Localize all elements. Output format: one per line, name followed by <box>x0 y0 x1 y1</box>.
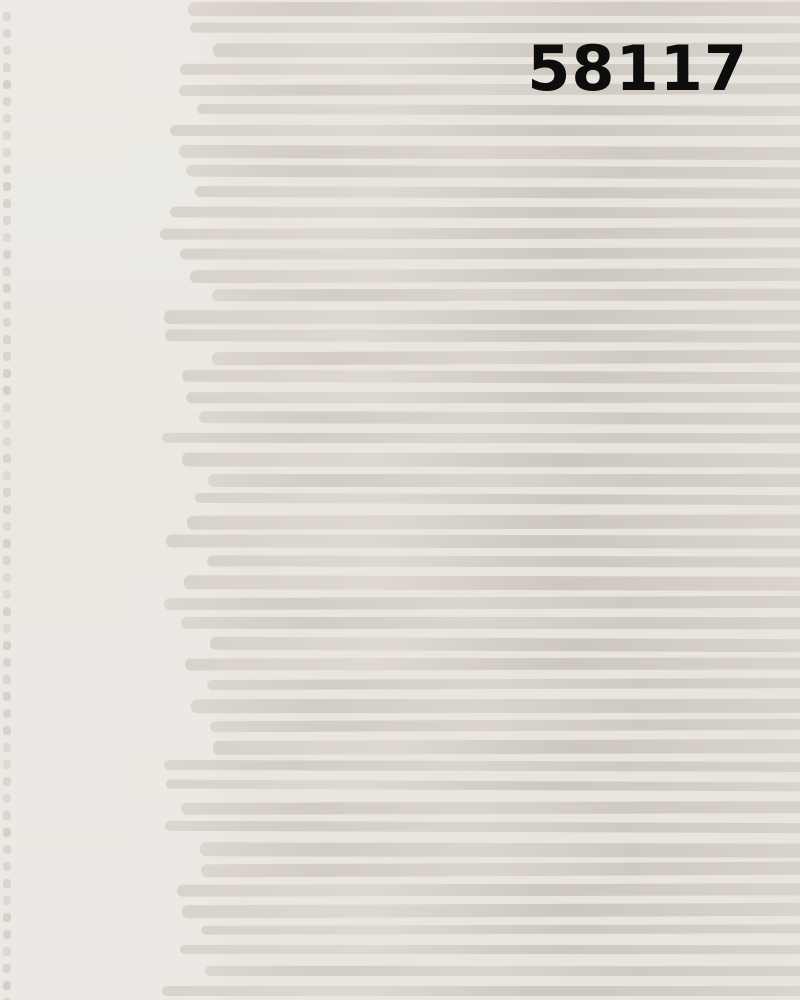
stripe <box>197 104 800 116</box>
stripe <box>195 493 800 505</box>
wallpaper-swatch: 58117 <box>0 0 800 1000</box>
stripe <box>165 821 800 833</box>
stripe <box>182 452 800 467</box>
stripe <box>180 247 800 259</box>
stripe <box>208 474 800 487</box>
stripe <box>186 165 800 180</box>
stripe <box>179 145 800 160</box>
stripe <box>160 227 800 239</box>
stripe <box>213 739 800 755</box>
stripe <box>195 186 800 199</box>
stripe <box>170 125 800 136</box>
stripe <box>181 617 800 629</box>
stripe <box>187 514 800 529</box>
stripe <box>185 657 800 670</box>
stripe <box>170 206 800 218</box>
stripe <box>207 555 800 567</box>
stripe <box>180 945 800 954</box>
stripe <box>166 780 800 792</box>
stripe <box>191 699 800 713</box>
stripe <box>164 310 800 325</box>
stripe <box>162 433 800 443</box>
stripe <box>188 2 800 16</box>
stripe <box>165 329 800 342</box>
stripe <box>162 986 800 996</box>
stripe <box>164 760 800 772</box>
product-code-label: 58117 <box>527 38 748 100</box>
stripe <box>201 862 800 878</box>
stripe <box>166 534 800 548</box>
stripe <box>207 678 800 690</box>
stripe <box>212 350 800 366</box>
stripe <box>200 842 800 857</box>
stripe <box>190 268 800 283</box>
stripe <box>210 719 800 732</box>
stripe <box>177 883 800 896</box>
stripe <box>186 392 800 404</box>
stripe <box>199 411 800 425</box>
stripe <box>184 575 800 591</box>
stripe <box>201 924 800 935</box>
stripe <box>210 637 800 652</box>
stripe <box>182 370 800 384</box>
stripe <box>164 596 800 610</box>
wavy-stripe-pattern <box>0 0 800 1000</box>
stripe <box>212 289 800 302</box>
stripe <box>182 903 800 918</box>
stripe <box>205 966 800 976</box>
stripe <box>181 801 800 815</box>
